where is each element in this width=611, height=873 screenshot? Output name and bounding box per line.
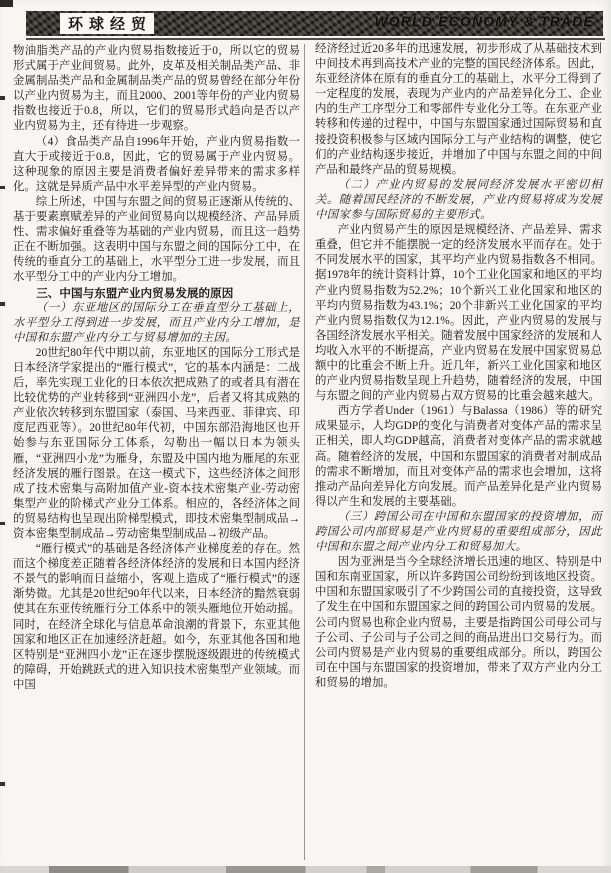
- lead-paragraph: （一）东亚地区的国际分工在垂直型分工基础上，水平型分工得到进一步发展，而且产业内…: [13, 301, 300, 346]
- masthead-rule: [26, 38, 605, 40]
- section-heading: 三、中国与东盟产业内贸易发展的原因: [13, 286, 300, 301]
- body-paragraph: “雁行模式”的基础是各经济体产业梯度差的存在。然而这个梯度差正随着各经济体经济的…: [13, 542, 300, 693]
- masthead-chinese-title: 环球经贸: [60, 13, 154, 34]
- scan-artifact-bottom-strip: [0, 866, 611, 873]
- scanned-article-page: 环球经贸 WORLD ECONOMY & TRADE 物油脂类产品的产业内贸易指…: [0, 0, 611, 873]
- masthead-english-title: WORLD ECONOMY & TRADE: [375, 14, 595, 29]
- scan-artifact-edge: [0, 522, 5, 525]
- masthead-banner: 环球经贸 WORLD ECONOMY & TRADE: [26, 11, 603, 36]
- scan-artifact-edge: [0, 96, 5, 100]
- body-paragraph: 综上所述，中国与东盟之间的贸易正逐渐从传统的、基于要素禀赋差异的产业间贸易向以规…: [13, 195, 300, 286]
- scan-artifact-edge: [0, 186, 5, 189]
- column-divider-rule: [304, 44, 305, 860]
- lead-paragraph: （二）产业内贸易的发展同经济发展水平密切相关。随着国民经济的不断发展，产业内贸易…: [315, 178, 602, 223]
- scan-artifact-edge: [0, 302, 5, 306]
- scan-artifact-edge: [0, 782, 5, 786]
- body-paragraph: 产业内贸易产生的原因是规模经济、产品差异、需求重叠，但它并不能摆脱一定的经济发展…: [315, 223, 602, 404]
- body-paragraph: 20世纪80年代中期以前，东亚地区的国际分工形式是日本经济学家提出的“雁行模式”…: [13, 346, 300, 542]
- right-text-column: 经济经过近20多年的迅速发展，初步形成了从基础技术到中间技术再到高技术产业的完整…: [315, 42, 602, 691]
- continued-paragraph: 经济经过近20多年的迅速发展，初步形成了从基础技术到中间技术再到高技术产业的完整…: [315, 42, 602, 178]
- body-paragraph: 西方学者Under（1961）与Balassa（1986）等的研究成果显示，人均…: [315, 404, 602, 510]
- left-text-column: 物油脂类产品的产业内贸易指数接近于0，所以它的贸易形式属于产业间贸易。此外，皮革…: [13, 44, 300, 693]
- body-paragraph: （4）食品类产品自1996年开始，产业内贸易指数一直大于或接近于0.8，因此，它…: [13, 135, 300, 195]
- scan-artifact-corner: [0, 0, 13, 7]
- continued-paragraph: 物油脂类产品的产业内贸易指数接近于0，所以它的贸易形式属于产业间贸易。此外，皮革…: [13, 44, 300, 135]
- lead-paragraph: （三）跨国公司在中国和东盟国家的投资增加，而跨国公司内部贸易是产业内贸易的重要组…: [315, 510, 602, 555]
- body-paragraph: 因为亚洲是当今全球经济增长迅速的地区、特别是中国和东南亚国家，所以许多跨国公司纷…: [315, 555, 602, 691]
